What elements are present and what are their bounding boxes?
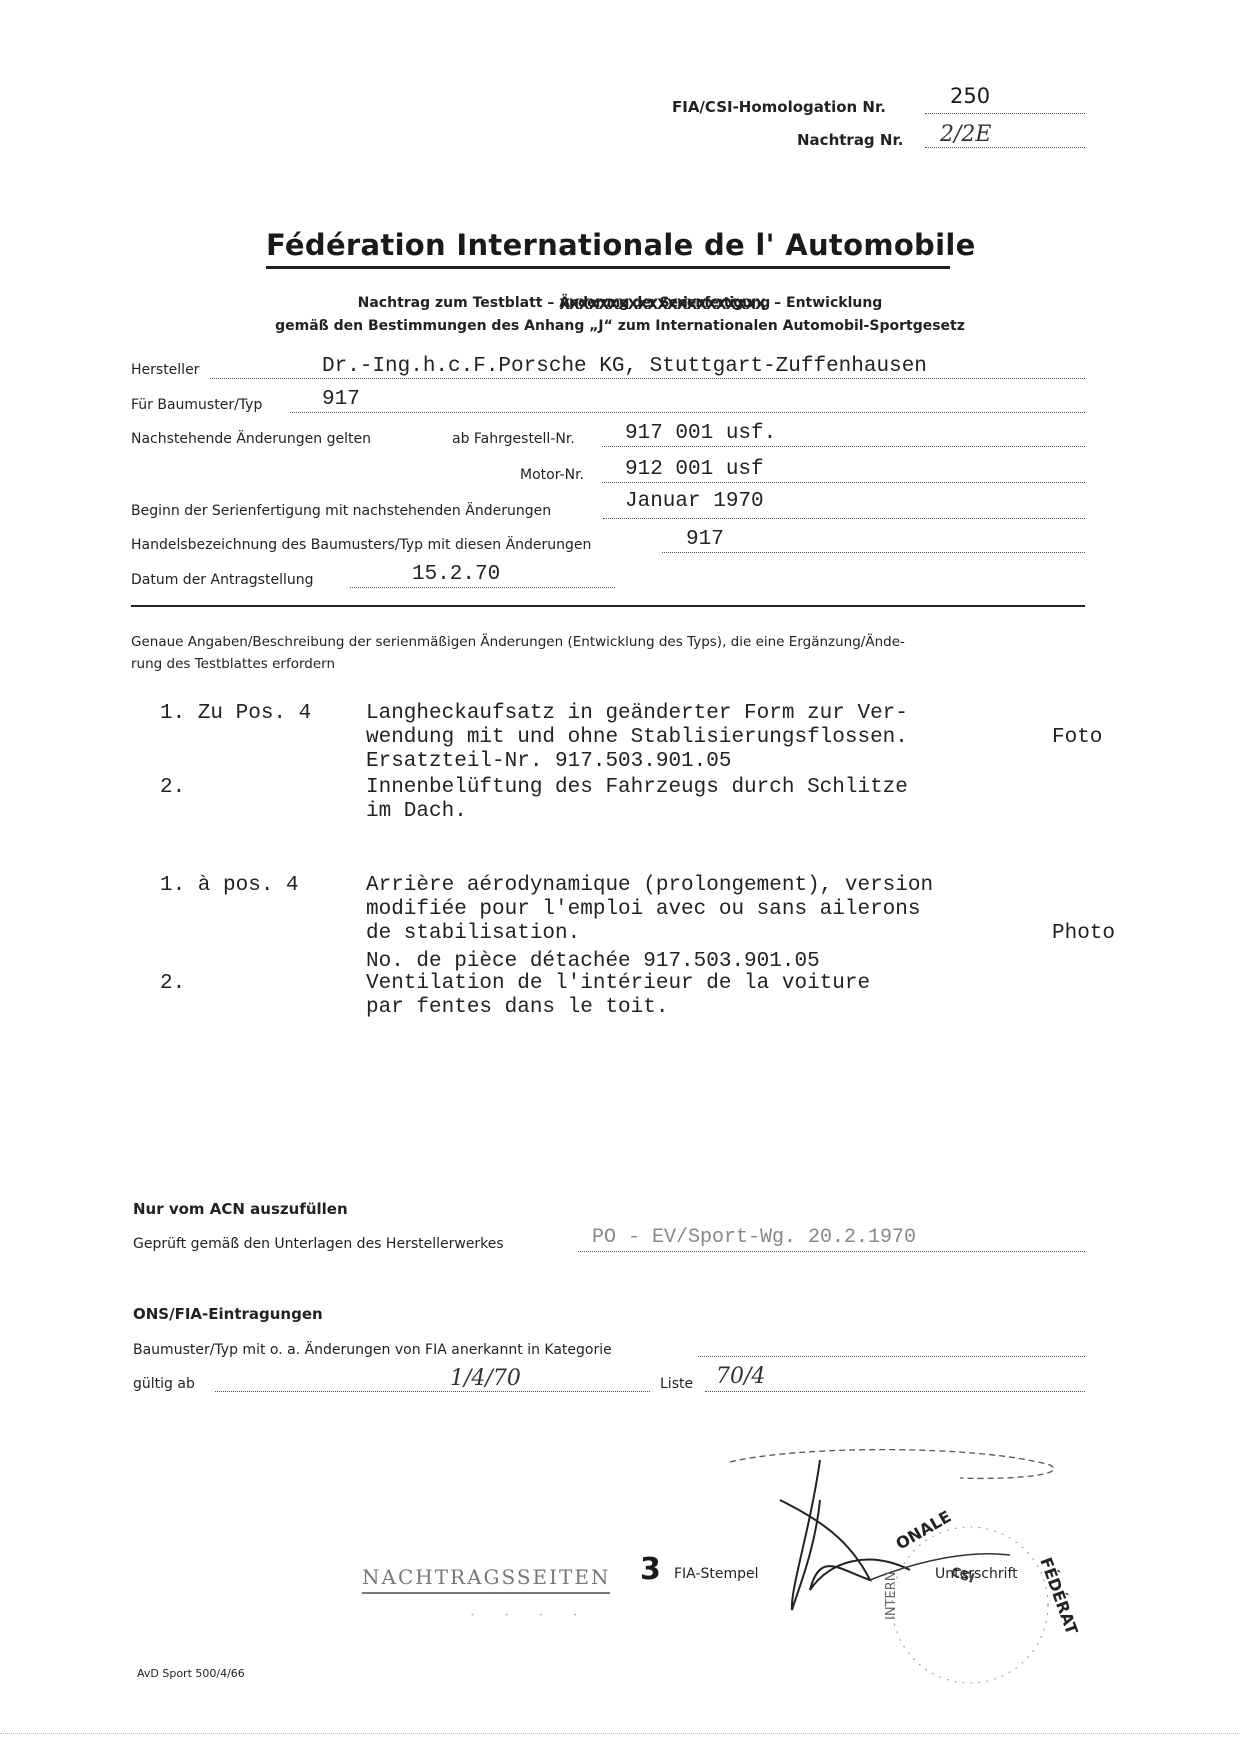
liste-line [705,1391,1085,1392]
hersteller-line [210,378,1085,379]
gueltig-line [215,1391,650,1392]
description-line2: rung des Testblattes erfordern [131,656,335,672]
change-fr-1-num: 1. à pos. 4 [160,874,299,897]
gueltig-value[interactable]: 1/4/70 [450,1366,521,1391]
datum-line [350,587,615,588]
nachtrag-line [925,147,1085,148]
nachtrag-stamp: NACHTRAGSSEITEN [362,1565,611,1589]
subtitle-struck: Änderung der SerienfertigungXXXXXXXXXXXX… [559,295,769,311]
signature-and-seal-icon: ONALE FÉDÉRAT INTERN CSI [720,1440,1140,1710]
baumuster-label: Für Baumuster/Typ [131,397,262,413]
change-de-2-num: 2. [160,776,185,799]
subtitle-line1: Nachtrag zum Testblatt – Änderung der Se… [0,295,1240,311]
gueltig-label: gültig ab [133,1376,195,1392]
geprueft-label: Geprüft gemäß den Unterlagen des Herstel… [133,1236,504,1252]
change-de-1-note: Foto [1052,726,1102,749]
datum-label: Datum der Antragstellung [131,572,314,588]
change-de-1-num: 1. Zu Pos. 4 [160,702,311,725]
subtitle-line2: gemäß den Bestimmungen des Anhang „J“ zu… [0,318,1240,334]
kategorie-line [698,1356,1085,1357]
xxx-overtype: XXXXXXXXXXXXXXXXXXXXX [559,297,765,313]
handel-line [662,552,1085,553]
change-fr-1-note: Photo [1052,922,1115,945]
ons-heading: ONS/FIA-Eintragungen [133,1305,323,1323]
datum-value[interactable]: 15.2.70 [412,563,500,586]
baumuster-value[interactable]: 917 [322,388,360,411]
hersteller-label: Hersteller [131,362,199,378]
change-fr-2-num: 2. [160,972,185,995]
beginn-value[interactable]: Januar 1970 [625,490,764,513]
title-underline [266,266,950,269]
page-title: Fédération Internationale de l' Automobi… [266,228,976,262]
homologation-label: FIA/CSI-Homologation Nr. [672,98,886,116]
change-fr-1-line1: Arrière aérodynamique (prolongement), ve… [366,874,933,897]
change-de-1-line3: Ersatzteil-Nr. 917.503.901.05 [366,750,731,773]
change-de-2-line1: Innenbelüftung des Fahrzeugs durch Schli… [366,776,908,799]
change-de-1-line1: Langheckaufsatz in geänderter Form zur V… [366,702,908,725]
change-fr-1-line4: No. de pièce détachée 917.503.901.05 [366,950,820,973]
change-fr-1-line3: de stabilisation. [366,922,580,945]
fahrgestell-value[interactable]: 917 001 usf. [625,422,776,445]
nachtrag-value[interactable]: 2/2E [940,122,991,147]
stamp-underline [362,1592,610,1594]
geprueft-value[interactable]: PO - EV/Sport-Wg. 20.2.1970 [592,1226,916,1249]
svg-text:INTERN: INTERN [884,1572,899,1620]
motor-label: Motor-Nr. [520,467,584,483]
beginn-label: Beginn der Serienfertigung mit nachstehe… [131,503,551,519]
stamp-count: 3 [640,1552,661,1587]
beginn-line [603,518,1085,519]
nachtrag-label: Nachtrag Nr. [797,131,903,149]
subtitle-suffix: – Entwicklung [774,295,882,311]
geprueft-line [578,1251,1085,1252]
liste-value[interactable]: 70/4 [716,1364,765,1389]
change-de-2-line2: im Dach. [366,800,467,823]
kategorie-label: Baumuster/Typ mit o. a. Änderungen von F… [133,1342,612,1358]
unterschrift-label: Unterschrift [935,1566,1018,1582]
baumuster-line [290,412,1085,413]
section-divider [131,605,1085,607]
change-fr-1-line2: modifiée pour l'emploi avec ou sans aile… [366,898,921,921]
handel-label: Handelsbezeichnung des Baumusters/Typ mi… [131,537,591,553]
hersteller-value[interactable]: Dr.-Ing.h.c.F.Porsche KG, Stuttgart-Zuff… [322,355,927,378]
motor-line [602,482,1085,483]
svg-text:ONALE: ONALE [893,1507,955,1554]
liste-label: Liste [660,1376,693,1392]
motor-value[interactable]: 912 001 usf [625,458,764,481]
change-fr-2-line2: par fentes dans le toit. [366,996,668,1019]
svg-text:FÉDÉRAT: FÉDÉRAT [1036,1555,1081,1637]
homologation-line [925,113,1085,114]
change-de-1-line2: wendung mit und ohne Stablisierungsfloss… [366,726,908,749]
handel-value[interactable]: 917 [686,528,724,551]
stamp-faint-text: · · · · [470,1605,590,1624]
form-code: AvD Sport 500/4/66 [137,1667,245,1680]
fahrgestell-line [602,446,1085,447]
page-edge [0,1733,1240,1734]
aenderungen-label: Nachstehende Änderungen gelten [131,431,371,447]
fahrgestell-label: ab Fahrgestell-Nr. [452,431,575,447]
description-line1: Genaue Angaben/Beschreibung der serienmä… [131,634,905,650]
homologation-value[interactable]: 250 [950,84,990,108]
acn-heading: Nur vom ACN auszufüllen [133,1200,348,1218]
change-fr-2-line1: Ventilation de l'intérieur de la voiture [366,972,870,995]
subtitle-prefix: Nachtrag zum Testblatt – [358,295,555,311]
